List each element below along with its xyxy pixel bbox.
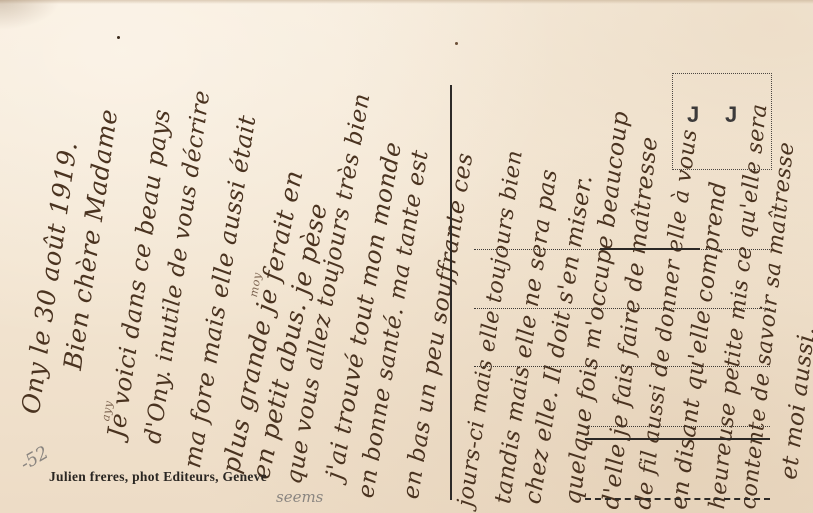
handwritten-note: ayy	[100, 400, 114, 422]
postcard-back: Ony le 30 août 1919.Bien chère MadameJe …	[0, 0, 813, 513]
address-line-emphasis	[600, 248, 700, 250]
pencil-note: seems	[276, 488, 323, 506]
stamp-box: J J	[672, 73, 772, 170]
address-line	[585, 438, 770, 440]
paper-corner-stain	[0, 0, 60, 30]
ink-spot	[455, 42, 458, 45]
center-divider-line	[450, 85, 452, 500]
address-line	[474, 308, 770, 309]
stamp-letter-1: J	[687, 102, 699, 128]
ink-dot	[117, 36, 120, 39]
pencil-note: -52	[17, 442, 53, 475]
address-line	[474, 366, 770, 367]
publisher-imprint: Julien freres, phot Editeurs, Geneve	[49, 469, 267, 485]
address-line	[585, 426, 770, 427]
handwritten-line: et moi aussi.	[778, 325, 813, 480]
address-line	[585, 498, 770, 500]
paper-edge-shadow	[0, 0, 813, 4]
stamp-letter-2: J	[725, 102, 737, 128]
